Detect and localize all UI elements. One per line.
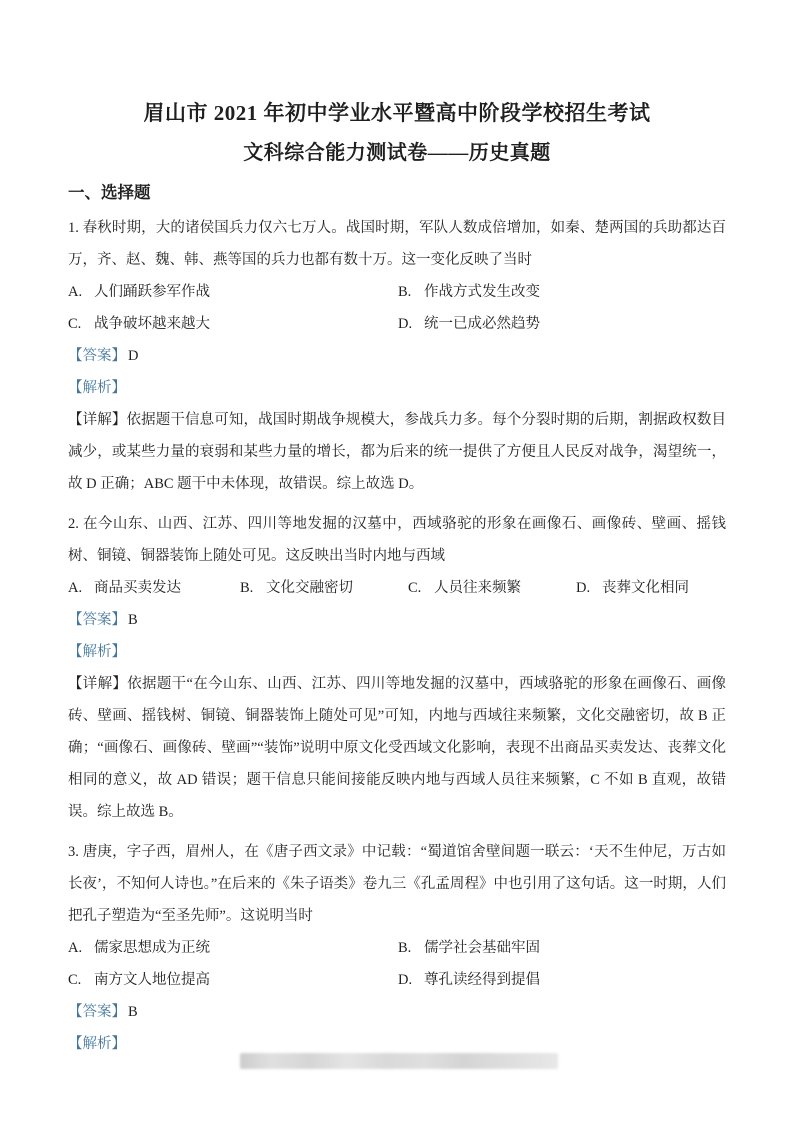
question-1-detail: 【详解】依据题干信息可知，战国时期战争规模大，参战兵力多。每个分裂时期的后期，割…	[68, 404, 726, 500]
option-text: 人们踊跃参军作战	[94, 276, 210, 308]
question-2-option-a: A. 商品买卖发达	[68, 572, 240, 604]
option-text: 南方文人地位提高	[94, 964, 210, 996]
question-3: 3. 唐庚，字子西，眉州人，在《唐子西文录》中记载：“蜀道馆舍壁间题一联云：‘天…	[68, 836, 726, 1060]
doc-title-line1: 眉山市 2021 年初中学业水平暨高中阶段学校招生考试	[68, 100, 726, 126]
option-key: D.	[576, 572, 602, 604]
question-2-option-b: B. 文化交融密切	[240, 572, 408, 604]
question-1-option-d: D. 统一已成必然趋势	[398, 308, 540, 340]
document-page: 眉山市 2021 年初中学业水平暨高中阶段学校招生考试 文科综合能力测试卷——历…	[0, 0, 793, 1122]
detail-text: 依据题干“在今山东、山西、江苏、四川等地发掘的汉墓中，西域骆驼的形象在画像石、画…	[68, 676, 726, 820]
option-key: C.	[68, 308, 94, 340]
detail-label: 【详解】	[68, 676, 127, 692]
answer-label: 【答案】	[68, 348, 126, 364]
option-text: 儒学社会基础牢固	[424, 932, 540, 964]
option-key: B.	[240, 572, 266, 604]
option-key: D.	[398, 308, 424, 340]
option-key: A.	[68, 572, 94, 604]
watermark	[240, 1053, 558, 1069]
option-key: D.	[398, 964, 424, 996]
question-1-option-b: B. 作战方式发生改变	[398, 276, 540, 308]
question-1-option-a: A. 人们踊跃参军作战	[68, 276, 398, 308]
question-1-analysis-label: 【解析】	[68, 372, 726, 404]
option-text: 丧葬文化相同	[602, 572, 689, 604]
question-3-stem: 3. 唐庚，字子西，眉州人，在《唐子西文录》中记载：“蜀道馆舍壁间题一联云：‘天…	[68, 836, 726, 932]
option-text: 商品买卖发达	[94, 572, 181, 604]
section-heading: 一、选择题	[68, 182, 726, 204]
option-key: C.	[68, 964, 94, 996]
question-1-stem: 1. 春秋时期，大的诸侯国兵力仅六七万人。战国时期，军队人数成倍增加，如秦、楚两…	[68, 212, 726, 276]
question-1-answer: 【答案】D	[68, 340, 726, 372]
question-1-option-c: C. 战争破坏越来越大	[68, 308, 398, 340]
option-text: 统一已成必然趋势	[424, 308, 540, 340]
question-2-option-c: C. 人员往来频繁	[408, 572, 576, 604]
answer-label: 【答案】	[68, 1004, 126, 1020]
answer-value: B	[126, 612, 138, 628]
question-3-option-b: B. 儒学社会基础牢固	[398, 932, 540, 964]
option-text: 尊孔读经得到提倡	[424, 964, 540, 996]
question-2-options-row: A. 商品买卖发达 B. 文化交融密切 C. 人员往来频繁 D. 丧葬文化相同	[68, 572, 726, 604]
doc-title-line2: 文科综合能力测试卷——历史真题	[68, 140, 726, 166]
option-key: A.	[68, 276, 94, 308]
question-3-option-d: D. 尊孔读经得到提倡	[398, 964, 540, 996]
question-3-options-row-1: A. 儒家思想成为正统 B. 儒学社会基础牢固	[68, 932, 726, 964]
question-2-stem: 2. 在今山东、山西、江苏、四川等地发掘的汉墓中，西域骆驼的形象在画像石、画像砖…	[68, 508, 726, 572]
answer-value: B	[126, 1004, 138, 1020]
question-3-options-row-2: C. 南方文人地位提高 D. 尊孔读经得到提倡	[68, 964, 726, 996]
detail-text: 依据题干信息可知，战国时期战争规模大，参战兵力多。每个分裂时期的后期，割据政权数…	[68, 412, 726, 492]
option-text: 作战方式发生改变	[424, 276, 540, 308]
option-text: 战争破坏越来越大	[94, 308, 210, 340]
option-text: 儒家思想成为正统	[94, 932, 210, 964]
option-key: B.	[398, 932, 424, 964]
question-2-detail: 【详解】依据题干“在今山东、山西、江苏、四川等地发掘的汉墓中，西域骆驼的形象在画…	[68, 668, 726, 828]
option-key: A.	[68, 932, 94, 964]
question-1: 1. 春秋时期，大的诸侯国兵力仅六七万人。战国时期，军队人数成倍增加，如秦、楚两…	[68, 212, 726, 500]
question-3-answer: 【答案】B	[68, 996, 726, 1028]
option-key: B.	[398, 276, 424, 308]
question-2: 2. 在今山东、山西、江苏、四川等地发掘的汉墓中，西域骆驼的形象在画像石、画像砖…	[68, 508, 726, 828]
question-2-answer: 【答案】B	[68, 604, 726, 636]
option-text: 人员往来频繁	[434, 572, 521, 604]
option-text: 文化交融密切	[266, 572, 353, 604]
answer-label: 【答案】	[68, 612, 126, 628]
question-2-option-d: D. 丧葬文化相同	[576, 572, 689, 604]
option-key: C.	[408, 572, 434, 604]
question-1-options-row-1: A. 人们踊跃参军作战 B. 作战方式发生改变	[68, 276, 726, 308]
detail-label: 【详解】	[68, 412, 127, 428]
question-3-option-a: A. 儒家思想成为正统	[68, 932, 398, 964]
question-3-option-c: C. 南方文人地位提高	[68, 964, 398, 996]
question-2-analysis-label: 【解析】	[68, 636, 726, 668]
answer-value: D	[126, 348, 138, 364]
question-1-options-row-2: C. 战争破坏越来越大 D. 统一已成必然趋势	[68, 308, 726, 340]
